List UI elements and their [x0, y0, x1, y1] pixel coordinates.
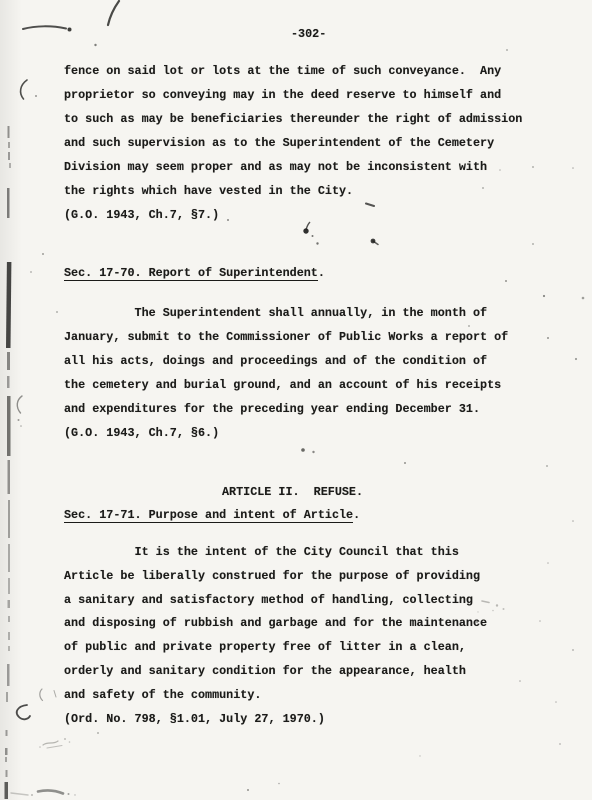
faint-margin-marks [40, 689, 56, 701]
binding-edge-shading [0, 0, 22, 800]
binding-streak-marks [5, 126, 12, 799]
pen-dash-mark [23, 26, 72, 31]
section-heading-17-71-period: . [353, 508, 360, 522]
paragraph-sec-17-71: It is the intent of the City Council tha… [64, 541, 487, 731]
paren-mark-middle [17, 396, 22, 427]
section-heading-17-70-text: Sec. 17-70. Report of Superintendent [64, 266, 318, 281]
article-ii-title: ARTICLE II. REFUSE. [222, 484, 363, 500]
page-number: -302- [291, 26, 326, 42]
bottom-smear-mark [11, 790, 76, 795]
section-heading-17-70-period: . [318, 266, 325, 280]
section-heading-17-71-text: Sec. 17-71. Purpose and intent of Articl… [64, 508, 353, 523]
faint-scribble-mark [39, 738, 70, 748]
section-heading-17-70: Sec. 17-70. Report of Superintendent. [64, 265, 325, 281]
scanned-document-page: -302- fence on said lot or lots at the t… [0, 0, 592, 800]
paragraph-continuation: fence on said lot or lots at the time of… [64, 59, 522, 227]
pen-hook-mark [17, 705, 30, 719]
section-heading-17-71: Sec. 17-71. Purpose and intent of Articl… [64, 507, 360, 523]
pen-squiggle-mark [108, 1, 119, 25]
paragraph-sec-17-70: The Superintendent shall annually, in th… [64, 301, 508, 445]
paren-mark-upper [21, 80, 37, 99]
